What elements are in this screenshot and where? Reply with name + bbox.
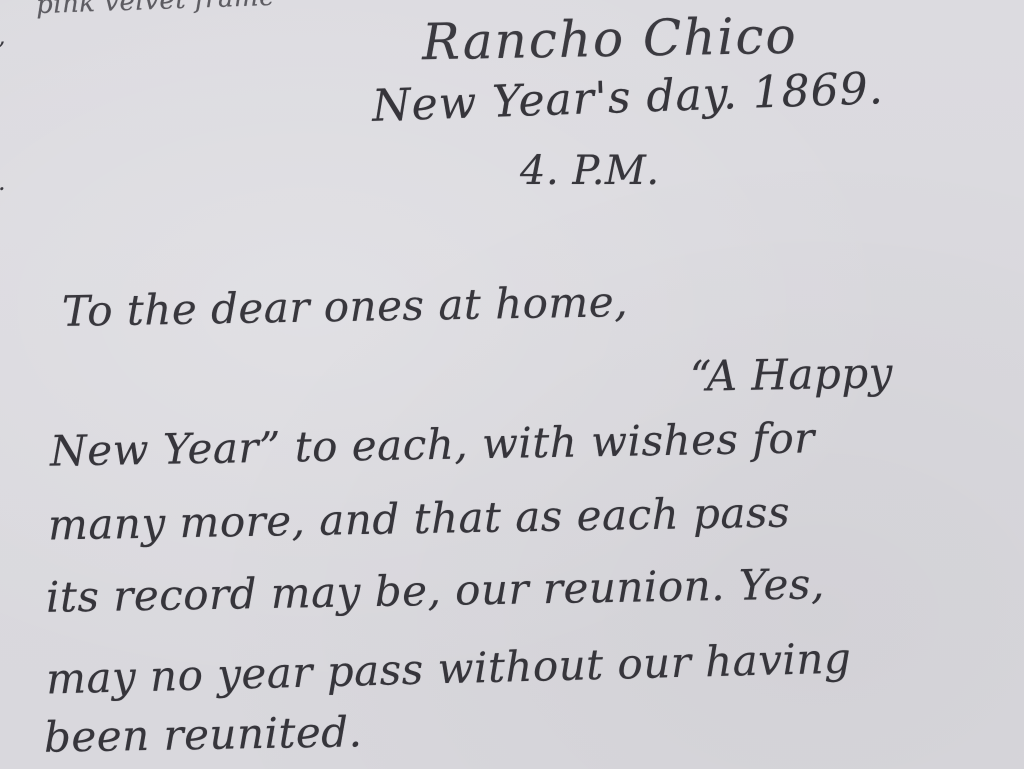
letter-body-line: its record may be, our reunion. Yes, — [46, 559, 826, 622]
letter-body-line: may no year pass without our having — [45, 633, 851, 703]
letter-place: Rancho Chico — [422, 7, 799, 72]
letter-salutation: To the dear ones at home, — [62, 277, 629, 336]
letter-body-line: many more, and that as each pass — [48, 488, 791, 550]
letter-page: pink velvet frame , . Rancho Chico New Y… — [0, 0, 1024, 769]
letter-date: New Year's day. 1869. — [371, 63, 884, 132]
letter-body-line: been reunited. — [44, 707, 363, 762]
letter-body-line: New Year” to each, with wishes for — [50, 413, 816, 475]
margin-ink-mark: . — [0, 168, 6, 196]
letter-body-line: “A Happy — [690, 348, 894, 401]
top-cutoff-text: pink velvet frame — [36, 0, 276, 20]
margin-ink-mark: , — [0, 22, 6, 50]
letter-time: 4. P.M. — [520, 148, 660, 194]
